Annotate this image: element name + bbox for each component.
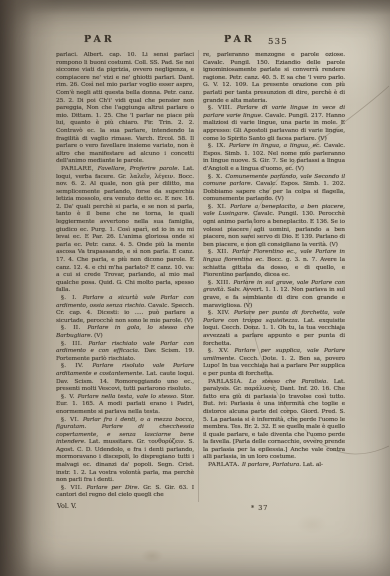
entry-definition: Favellare, Proferire parole. [98,166,183,172]
entry-lead: §. II. [61,325,87,331]
paragraph: §. VII. Parlare per Dire. Gr. S. Gir. 63… [56,485,194,500]
entry-lead: §. XIII. [208,280,233,286]
paragraph: §. III. Parlar rischiato vale Parlar con… [56,341,194,364]
entry-lead: §. VII. [61,485,87,491]
paragraph: §. XIV. Parlare per punta di forchetta, … [203,310,345,348]
entry-definition: Lo stesso che Paralisia. [249,379,334,385]
paragraph: §. XII. Parlar Fiorentino ec., vale Parl… [203,249,345,279]
paragraph: §. X. Comunemente parlando, vale Secondo… [203,174,345,204]
text-column-right: re, parleranno menzogne e parole oziose.… [203,52,345,504]
paragraph: §. VIII. Parlare di varie lingue in vece… [203,105,345,143]
entry-lead: §. VIII. [208,105,237,111]
entry-lead: PARLASIA. [208,379,249,385]
running-title-right: PAR [224,35,255,45]
text-column-left: parlaci. Albert. cap. 10. Li sensi parla… [56,52,194,504]
entry-text: Lat. paralysis. Gr. παράλυσις. Dant. Inf… [203,379,345,461]
entry-text: parlaci. Albert. cap. 10. Li sensi parla… [56,52,194,164]
entry-text: re, parleranno menzogne e parole oziose.… [203,52,345,104]
entry-lead: §. XV. [208,348,235,354]
entry-lead: PARLATA. [208,462,242,468]
signature-mark: * 37 [251,504,268,512]
entry-definition: Parlare nella testa, vale lo stesso. [78,394,181,400]
paragraph: §. XV. Parlare per supplica, vale Parlar… [203,348,345,378]
paragraph: parlaci. Albert. cap. 10. Li sensi parla… [56,52,194,166]
scan-top-shadow [0,0,390,15]
entry-definition: Parlare in lingua, a lingua, ec. [229,143,324,149]
page-number: 535 [268,37,288,47]
entry-lead: §. VI. [61,417,83,423]
book-gutter-shadow [0,0,56,576]
column-rule [198,50,199,502]
entry-definition: Il parlare, Parlatura. [242,462,303,468]
paragraph: PARLASIA. Lo stesso che Paralisia. Lat. … [203,379,345,463]
paragraph: §. VI. Parlar fra i denti, o a mezza boc… [56,417,194,485]
entry-lead: §. XIV. [208,310,234,316]
paragraph: §. XIII. Parlare in sul grave, vale Parl… [203,280,345,310]
paragraph: §. V. Parlare nella testa, vale lo stess… [56,394,194,417]
entry-lead: §. IV. [61,363,92,369]
paragraph: §. II. Parlare in gola, lo stesso che Ba… [56,325,194,340]
entry-lead: §. V. [61,394,78,400]
entry-text: Lat. loqui, verba facere. Gr. λαλεῖν, λέ… [56,166,194,294]
running-title-left: PAR [84,35,115,45]
entry-text: Lat. al- [303,462,323,468]
entry-lead: §. XI. [208,204,230,210]
paragraph: §. XI. Parlare a beneplacito, a ben piac… [203,204,345,250]
entry-lead: §. I. [61,295,83,301]
entry-text: (V) [94,333,103,339]
entry-lead: §. IX. [208,143,229,149]
paragraph: §. IX. Parlare in lingua, a lingua, ec. … [203,143,345,173]
paragraph: PARLARE, Favellare, Proferire parole. La… [56,166,194,295]
paragraph: §. IV. Parlare risoluto vale Parlare ard… [56,363,194,393]
entry-lead: §. X. [208,174,225,180]
entry-text: Lat. mussitare. Gr. τονθορύζειν. S. Agos… [56,439,194,483]
paragraph: PARLATA. Il parlare, Parlatura. Lat. al- [203,462,345,470]
volume-label: Vol. V. [57,502,77,510]
entry-definition: Parlare per Dire. [87,485,144,491]
paragraph: re, parleranno menzogne e parole oziose.… [203,52,345,105]
scanned-book-page: PAR PAR 535 parlaci. Albert. cap. 10. Li… [0,0,390,576]
paragraph: §. I. Parlare a sicurtà vale Parlar con … [56,295,194,325]
entry-lead: §. XII. [208,249,232,255]
entry-lead: PARLARE, [61,166,98,172]
entry-lead: §. III. [61,341,88,347]
